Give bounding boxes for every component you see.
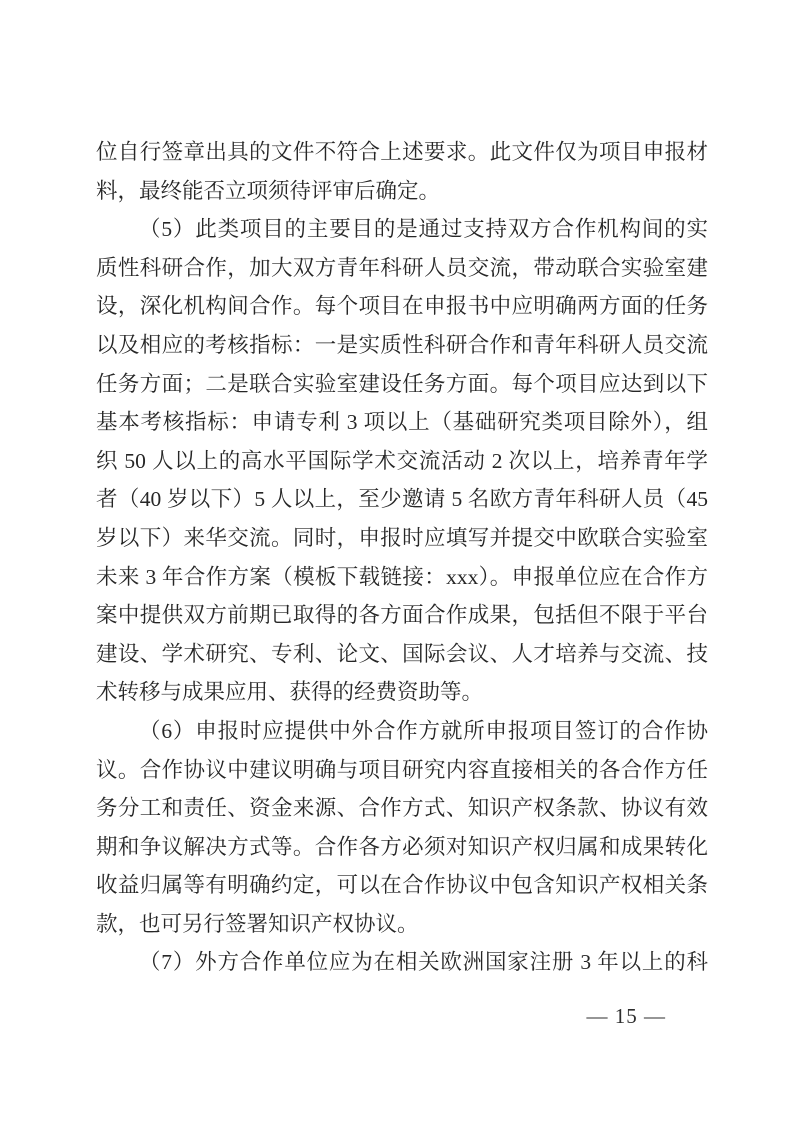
text-line: 收益归属等有明确约定，可以在合作协议中包含知识产权相关条	[96, 866, 708, 905]
text-line: 务分工和责任、资金来源、合作方式、知识产权条款、协议有效	[96, 789, 708, 828]
text-line: 未来 3 年合作方案（模板下载链接：xxx）。申报单位应在合作方	[96, 558, 708, 597]
text-line: 设，深化机构间合作。每个项目在申报书中应明确两方面的任务	[96, 287, 708, 326]
text-line: 者（40 岁以下）5 人以上，至少邀请 5 名欧方青年科研人员（45	[96, 480, 708, 519]
text-line: 料，最终能否立项须待评审后确定。	[96, 172, 708, 211]
text-line: 议。合作协议中建议明确与项目研究内容直接相关的各合作方任	[96, 751, 708, 790]
text-line: 基本考核指标：申请专利 3 项以上（基础研究类项目除外），组	[96, 403, 708, 442]
text-line: 织 50 人以上的高水平国际学术交流活动 2 次以上，培养青年学	[96, 442, 708, 481]
text-line: 以及相应的考核指标：一是实质性科研合作和青年科研人员交流	[96, 326, 708, 365]
text-line: （7）外方合作单位应为在相关欧洲国家注册 3 年以上的科	[96, 943, 708, 982]
text-line: 位自行签章出具的文件不符合上述要求。此文件仅为项目申报材	[96, 133, 708, 172]
text-line: 款，也可另行签署知识产权协议。	[96, 905, 708, 944]
text-line: 质性科研合作，加大双方青年科研人员交流，带动联合实验室建	[96, 249, 708, 288]
text-line: 岁以下）来华交流。同时，申报时应填写并提交中欧联合实验室	[96, 519, 708, 558]
text-line: 术转移与成果应用、获得的经费资助等。	[96, 673, 708, 712]
page-number: — 15 —	[587, 1003, 667, 1029]
text-line: （6）申报时应提供中外合作方就所申报项目签订的合作协	[96, 712, 708, 751]
text-line: 期和争议解决方式等。合作各方必须对知识产权归属和成果转化	[96, 828, 708, 867]
text-line: 任务方面；二是联合实验室建设任务方面。每个项目应达到以下	[96, 365, 708, 404]
text-line: 建设、学术研究、专利、论文、国际会议、人才培养与交流、技	[96, 635, 708, 674]
document-body: 位自行签章出具的文件不符合上述要求。此文件仅为项目申报材料，最终能否立项须待评审…	[96, 133, 708, 982]
text-line: 案中提供双方前期已取得的各方面合作成果，包括但不限于平台	[96, 596, 708, 635]
text-line: （5）此类项目的主要目的是通过支持双方合作机构间的实	[96, 210, 708, 249]
document-page: 位自行签章出具的文件不符合上述要求。此文件仅为项目申报材料，最终能否立项须待评审…	[0, 0, 794, 1123]
